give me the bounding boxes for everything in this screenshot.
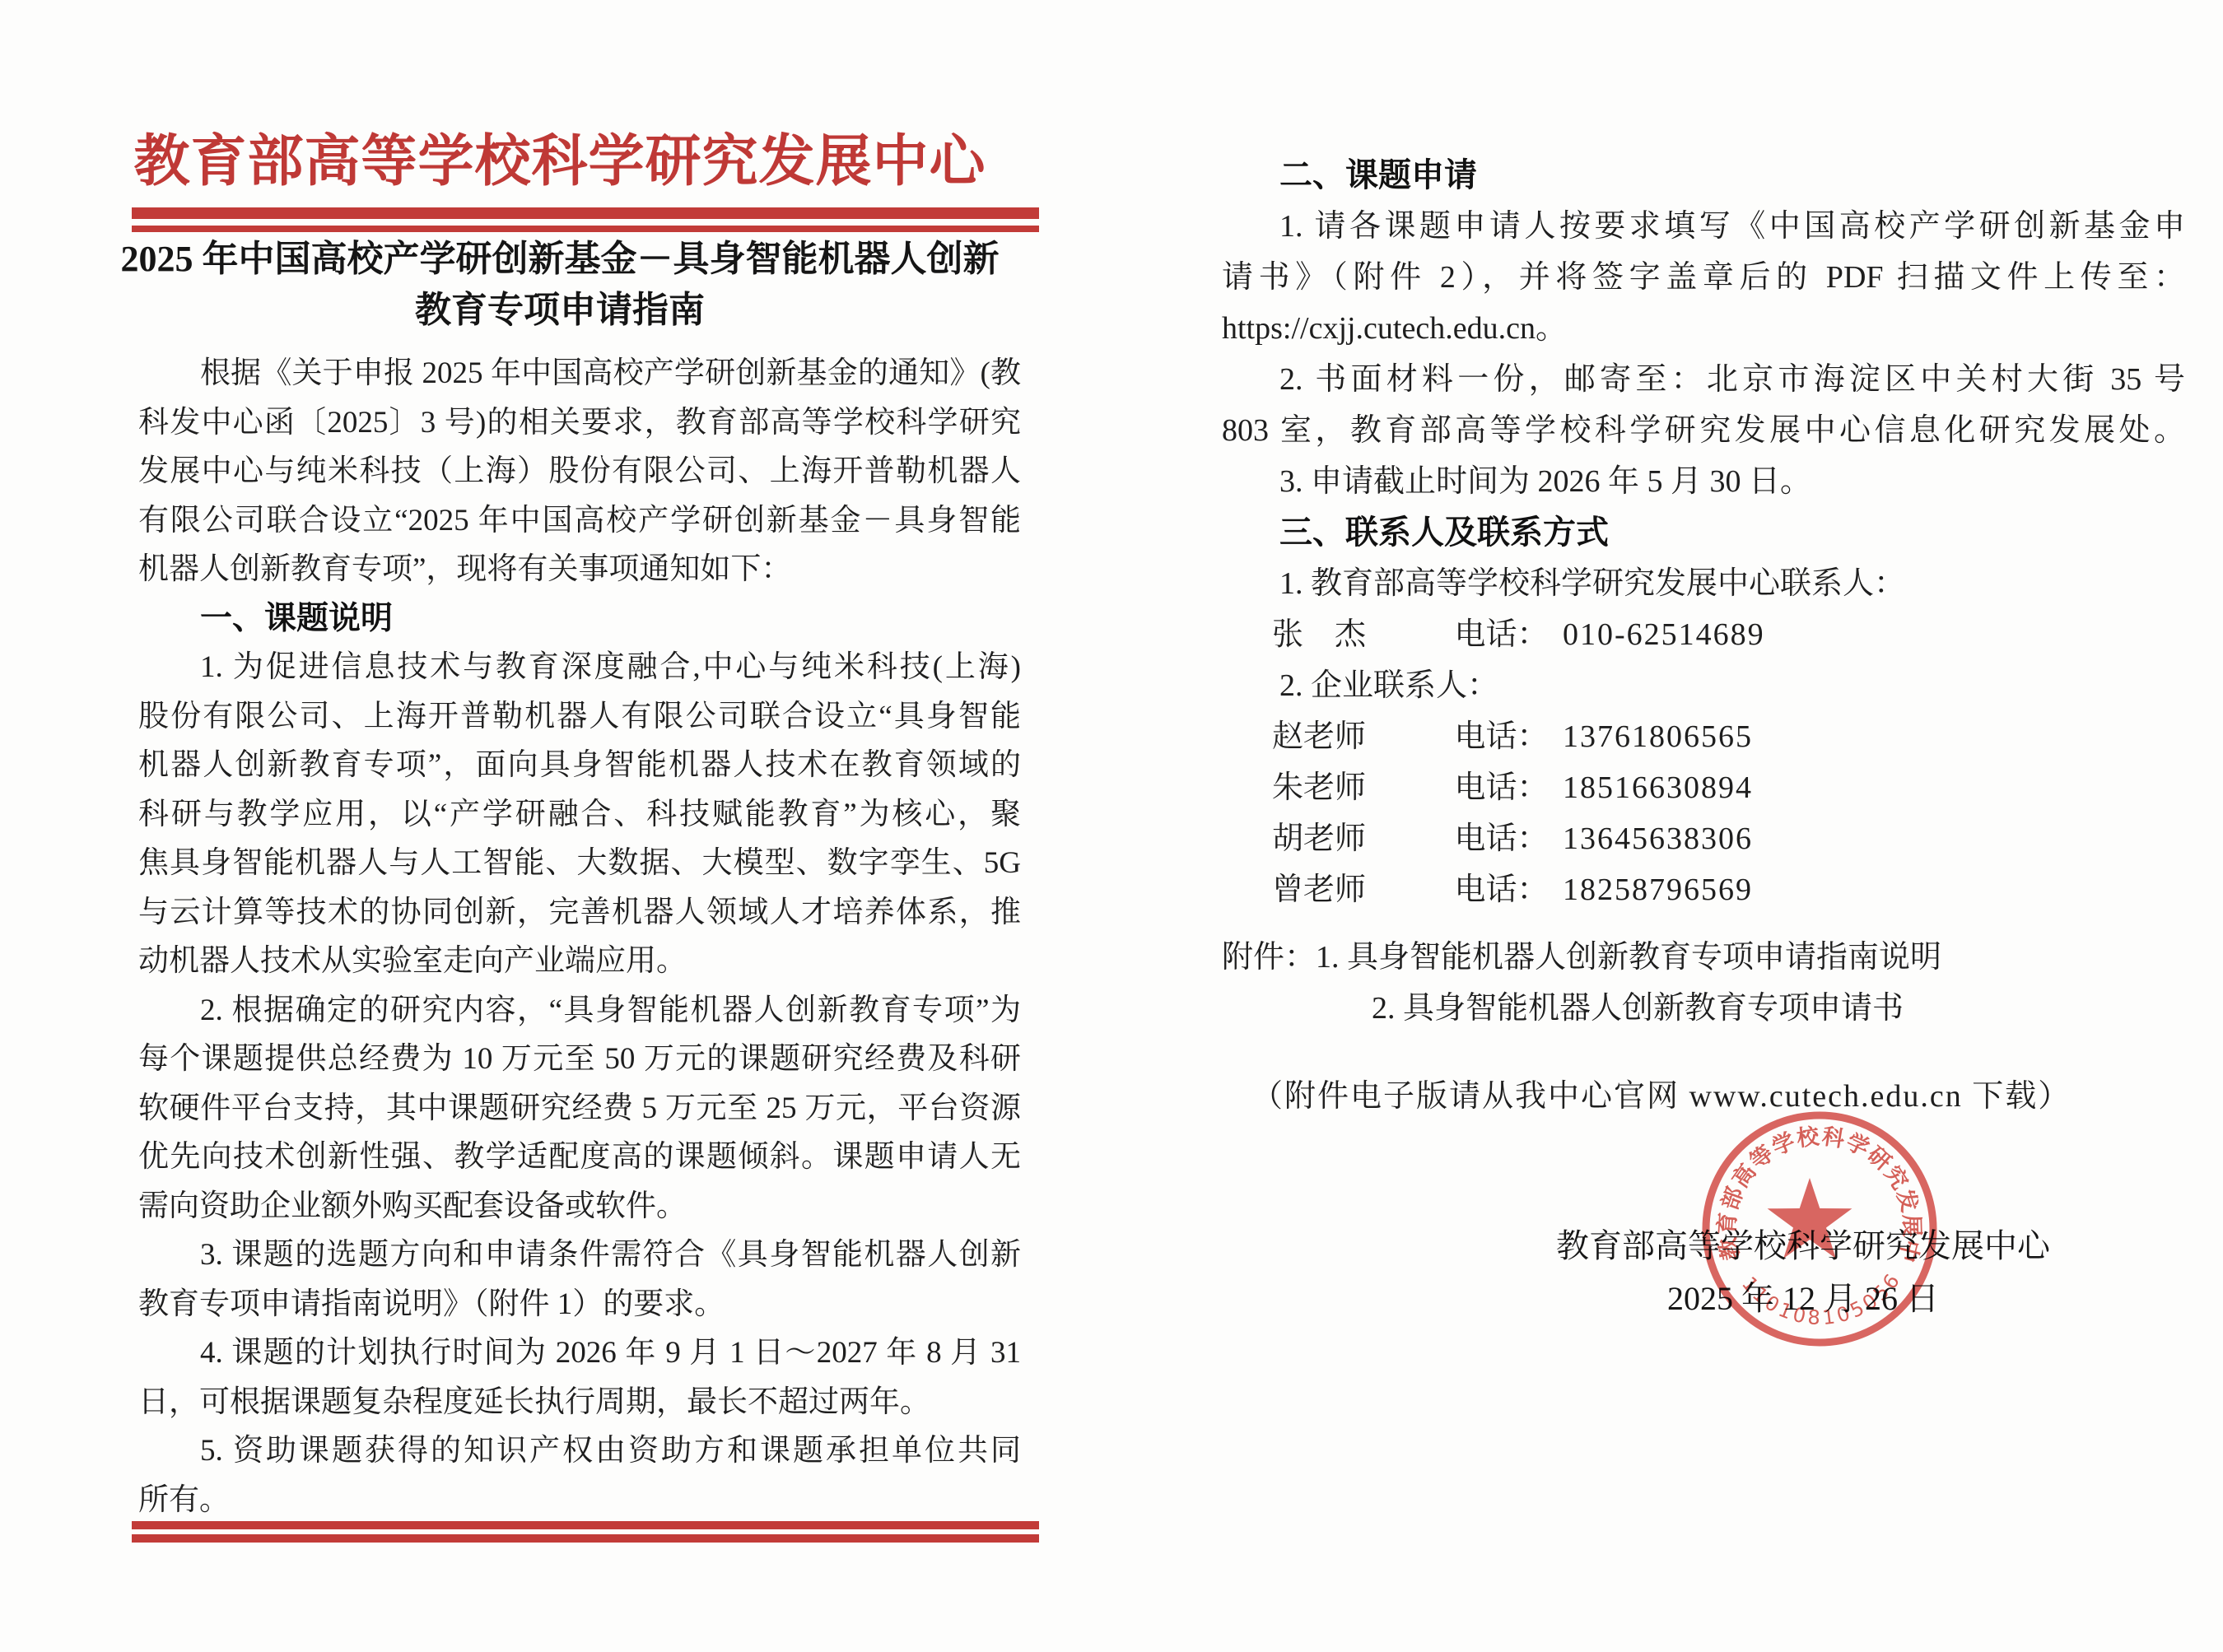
body-line: 2. 根据确定的研究内容，“具身智能机器人创新教育专项”为	[138, 986, 1021, 1035]
deadline-line: 3. 申请截止时间为 2026 年 5 月 30 日。	[1222, 456, 2185, 507]
contact-name: 胡老师	[1272, 813, 1447, 864]
contact-phone-number: 18258796569	[1563, 864, 1753, 915]
document-title: 2025 年中国高校产学研创新基金－具身智能机器人创新 教育专项申请指南	[66, 234, 1054, 336]
body-line: 1. 教育部高等学校科学研究发展中心联系人：	[1222, 558, 2185, 609]
header-rule-thick	[132, 207, 1039, 219]
body-line: 2. 企业联系人：	[1222, 660, 2185, 711]
section-heading-2: 二、课题申请	[1222, 150, 2185, 201]
body-line: 有限公司联合设立“2025 年中国高校产学研创新基金－具身智能	[138, 496, 1021, 546]
contact-phone-label: 电话：	[1455, 762, 1549, 813]
body-line: 3. 课题的选题方向和申请条件需符合《具身智能机器人创新	[138, 1231, 1021, 1280]
contact-row: 胡老师 电话： 13645638306	[1222, 813, 2185, 864]
contact-name: 曾老师	[1272, 864, 1447, 915]
contact-phone-number: 010-62514689	[1563, 609, 1765, 660]
body-line: 需向资助企业额外购买配套设备或软件。	[138, 1182, 1021, 1231]
blank-gap	[1222, 1034, 2185, 1071]
download-note: （附件电子版请从我中心官网 www.cutech.edu.cn 下载）	[1251, 1079, 2071, 1114]
attachments-line-2: 2. 具身智能机器人创新教育专项申请书	[1372, 991, 1904, 1026]
contact-name: 张 杰	[1272, 609, 1447, 660]
contact-phone-number: 13761806565	[1563, 711, 1753, 762]
body-line: 1. 请各课题申请人按要求填写《中国高校产学研创新基金申	[1222, 201, 2185, 252]
body-line: 与云计算等技术的协同创新，完善机器人领域人才培养体系，推	[138, 888, 1021, 938]
body-line: 发展中心与纯米科技（上海）股份有限公司、上海开普勒机器人	[138, 447, 1021, 496]
seal-star	[1768, 1178, 1852, 1259]
document-title-line-1: 2025 年中国高校产学研创新基金－具身智能机器人创新	[66, 234, 1054, 285]
contact-phone-label: 电话：	[1455, 711, 1549, 762]
contact-name: 赵老师	[1272, 711, 1447, 762]
footer-rule-thin	[132, 1534, 1039, 1543]
body-line: 教育专项申请指南说明》（附件 1）的要求。	[138, 1280, 1021, 1329]
right-column-body: 二、课题申请 1. 请各课题申请人按要求填写《中国高校产学研创新基金申 请书》（…	[1222, 150, 2185, 1122]
body-line: 动机器人技术从实验室走向产业端应用。	[138, 937, 1021, 986]
body-line: 科发中心函〔2025〕3 号)的相关要求，教育部高等学校科学研究	[138, 398, 1021, 448]
body-line: 803 室，教育部高等学校科学研究发展中心信息化研究发展处。	[1222, 405, 2185, 456]
upload-url: https://cxjj.cutech.edu.cn。	[1222, 303, 2185, 354]
contact-phone-label: 电话：	[1455, 609, 1549, 660]
footer-rule-thick	[132, 1521, 1039, 1529]
body-line: 股份有限公司、上海开普勒机器人有限公司联合设立“具身智能	[138, 692, 1021, 742]
body-line: 所有。	[138, 1476, 1021, 1525]
contact-row: 赵老师 电话： 13761806565	[1222, 711, 2185, 762]
attachments-line-1: 附件：1. 具身智能机器人创新教育专项申请指南说明	[1222, 932, 2185, 983]
contact-phone-label: 电话：	[1455, 813, 1549, 864]
body-line: 优先向技术创新性强、教学适配度高的课题倾斜。课题申请人无	[138, 1133, 1021, 1182]
body-line: 科研与教学应用，以“产学研融合、科技赋能教育”为核心，聚	[138, 790, 1021, 840]
contact-phone-label: 电话：	[1455, 864, 1549, 915]
body-line: 机器人创新教育专项”，现将有关事项通知如下：	[138, 545, 1021, 594]
contact-row: 曾老师 电话： 18258796569	[1222, 864, 2185, 915]
section-heading-1: 一、课题说明	[138, 594, 1021, 644]
left-column-body: 根据《关于申报 2025 年中国高校产学研创新基金的通知》(教 科发中心函〔20…	[138, 349, 1021, 1524]
body-line: 请书》（附件 2），并将签字盖章后的 PDF 扫描文件上传至：	[1222, 252, 2185, 303]
contact-row: 朱老师 电话： 18516630894	[1222, 762, 2185, 813]
scanned-document-page: 教育部高等学校科学研究发展中心 2025 年中国高校产学研创新基金－具身智能机器…	[0, 0, 2223, 1652]
section-heading-3: 三、联系人及联系方式	[1222, 507, 2185, 558]
header-rule-thin	[132, 226, 1039, 232]
body-line: 5. 资助课题获得的知识产权由资助方和课题承担单位共同	[138, 1426, 1021, 1476]
official-seal: 教育部高等学校科学研究发展中心 11010810505673	[1698, 1107, 1941, 1351]
body-line: 1. 为促进信息技术与教育深度融合,中心与纯米科技(上海)	[138, 643, 1021, 692]
document-title-line-2: 教育专项申请指南	[66, 285, 1054, 336]
contact-phone-number: 13645638306	[1563, 813, 1753, 864]
body-line: 2. 书面材料一份，邮寄至：北京市海淀区中关村大街 35 号	[1222, 354, 2185, 405]
body-line: 焦具身智能机器人与人工智能、大数据、大模型、数字孪生、5G	[138, 839, 1021, 888]
body-line: 软硬件平台支持，其中课题研究经费 5 万元至 25 万元，平台资源	[138, 1084, 1021, 1133]
body-line: 根据《关于申报 2025 年中国高校产学研创新基金的通知》(教	[138, 349, 1021, 398]
blank-gap	[1222, 915, 2185, 932]
org-banner-title: 教育部高等学校科学研究发展中心	[66, 120, 1054, 202]
contact-phone-number: 18516630894	[1563, 762, 1753, 813]
body-line: 每个课题提供总经费为 10 万元至 50 万元的课题研究经费及科研	[138, 1035, 1021, 1084]
contact-name: 朱老师	[1272, 762, 1447, 813]
body-line: 机器人创新教育专项”，面向具身智能机器人技术在教育领域的	[138, 741, 1021, 790]
contact-row: 张 杰 电话： 010-62514689	[1222, 609, 2185, 660]
body-line: 4. 课题的计划执行时间为 2026 年 9 月 1 日～2027 年 8 月 …	[138, 1329, 1021, 1378]
body-line: 日，可根据课题复杂程度延长执行周期，最长不超过两年。	[138, 1378, 1021, 1427]
